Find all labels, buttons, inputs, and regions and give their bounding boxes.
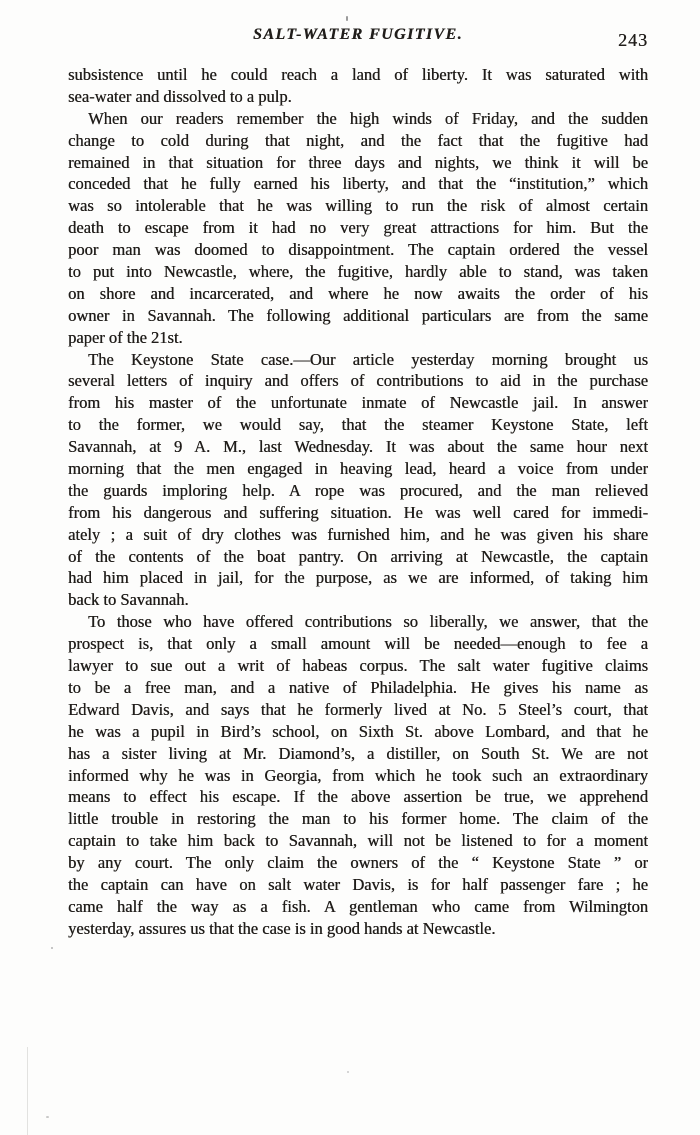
text-line: remained in that situation for three day… bbox=[68, 152, 648, 174]
body-text: subsistence until he could reach a land … bbox=[68, 64, 648, 940]
text-line: of the contents of the boat pantry. On a… bbox=[68, 546, 648, 568]
text-line: came half the way as a fish. A gentleman… bbox=[68, 896, 648, 918]
book-page: SALT-WATER FUGITIVE. 243 subsistence unt… bbox=[0, 0, 700, 1135]
text-line: has a sister living at Mr. Diamond’s, a … bbox=[68, 743, 648, 765]
text-line: informed why he was in Georgia, from whi… bbox=[68, 765, 648, 787]
page-number: 243 bbox=[68, 30, 648, 51]
text-line: change to cold during that night, and th… bbox=[68, 130, 648, 152]
text-line: owner in Savannah. The following additio… bbox=[68, 305, 648, 327]
text-line: To those who have offered contributions … bbox=[68, 611, 648, 633]
text-line: to be a free man, and a native of Philad… bbox=[68, 677, 648, 699]
text-line: The Keystone State case.—Our article yes… bbox=[68, 349, 648, 371]
text-line: conceded that he fully earned his libert… bbox=[68, 173, 648, 195]
text-line: morning that the men engaged in heaving … bbox=[68, 458, 648, 480]
text-line: back to Savannah. bbox=[68, 589, 648, 611]
text-line: to put into Newcastle, where, the fugiti… bbox=[68, 261, 648, 283]
text-line: lawyer to sue out a writ of habeas corpu… bbox=[68, 655, 648, 677]
text-line: subsistence until he could reach a land … bbox=[68, 64, 648, 86]
text-line: Savannah, at 9 A. M., last Wednesday. It… bbox=[68, 436, 648, 458]
text-line: When our readers remember the high winds… bbox=[68, 108, 648, 130]
text-line: little trouble in restoring the man to h… bbox=[68, 808, 648, 830]
text-line: had him placed in jail, for the purpose,… bbox=[68, 567, 648, 589]
text-line: from his dangerous and suffering situati… bbox=[68, 502, 648, 524]
text-line: prospect is, that only a small amount wi… bbox=[68, 633, 648, 655]
scan-speck-icon bbox=[46, 1116, 49, 1118]
scan-speck-icon bbox=[51, 947, 53, 949]
text-line: was so intolerable that he was willing t… bbox=[68, 195, 648, 217]
text-line: ately ; a suit of dry clothes was furnis… bbox=[68, 524, 648, 546]
scan-gutter-line bbox=[27, 1047, 28, 1135]
text-line: to the former, we would say, that the st… bbox=[68, 414, 648, 436]
text-line: the captain can have on salt water Davis… bbox=[68, 874, 648, 896]
text-line: several letters of inquiry and offers of… bbox=[68, 370, 648, 392]
text-line: by any court. The only claim the owners … bbox=[68, 852, 648, 874]
scan-speck-icon bbox=[347, 1071, 349, 1073]
scan-speck-icon bbox=[346, 16, 348, 21]
text-line: means to effect his escape. If the above… bbox=[68, 786, 648, 808]
text-line: yesterday, assures us that the case is i… bbox=[68, 918, 648, 940]
text-line: paper of the 21st. bbox=[68, 327, 648, 349]
text-line: he was a pupil in Bird’s school, on Sixt… bbox=[68, 721, 648, 743]
text-line: on shore and incarcerated, and where he … bbox=[68, 283, 648, 305]
text-line: sea-water and dissolved to a pulp. bbox=[68, 86, 648, 108]
text-line: from his master of the unfortunate inmat… bbox=[68, 392, 648, 414]
text-line: poor man was doomed to disappointment. T… bbox=[68, 239, 648, 261]
text-line: death to escape from it had no very grea… bbox=[68, 217, 648, 239]
text-line: captain to take him back to Savannah, wi… bbox=[68, 830, 648, 852]
text-line: Edward Davis, and says that he formerly … bbox=[68, 699, 648, 721]
text-line: the guards imploring help. A rope was pr… bbox=[68, 480, 648, 502]
